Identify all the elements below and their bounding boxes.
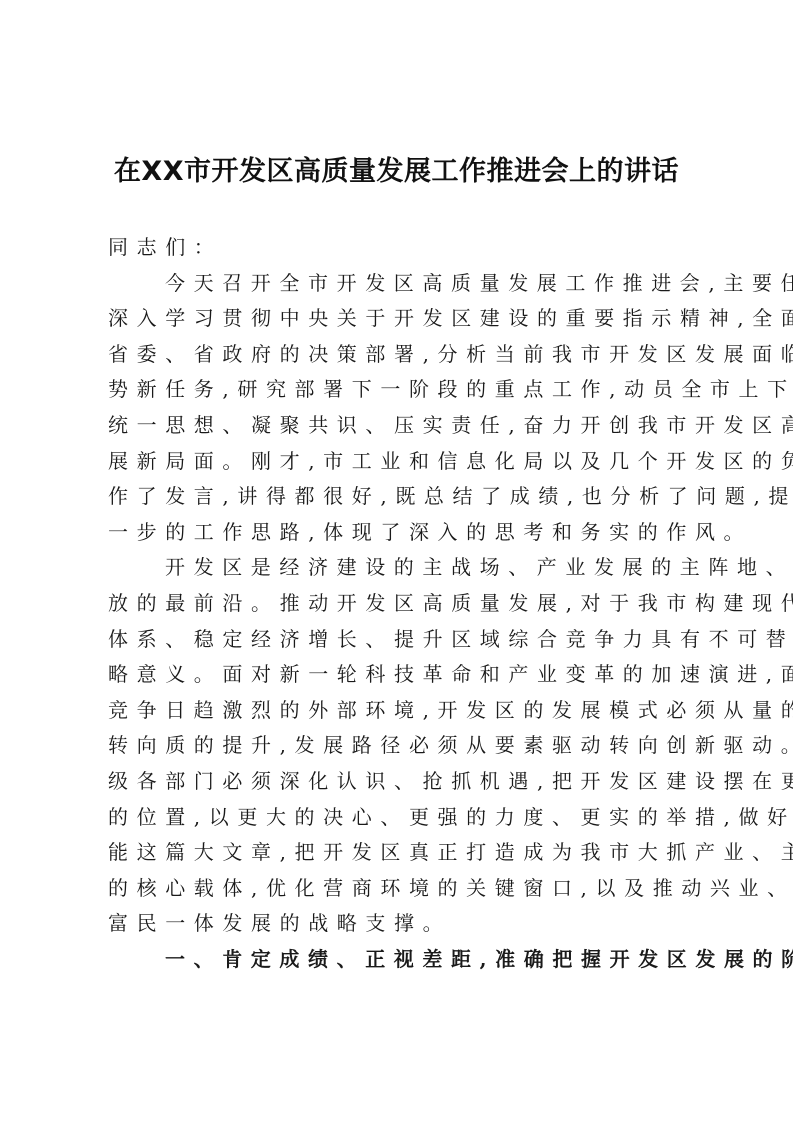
document-body: 同志们： 今天召开全市开发区高质量发展工作推进会,主要任务是 深入学习贯彻中央关… <box>108 230 688 977</box>
paragraph-2-line-1: 开发区是经济建设的主战场、产业发展的主阵地、改革开 <box>108 550 688 586</box>
paragraph-2-line-8: 的位置,以更大的决心、更强的力度、更实的举措,做好改革赋 <box>108 800 688 836</box>
paragraph-2-line-2: 放的最前沿。推动开发区高质量发展,对于我市构建现代化产业 <box>108 586 688 622</box>
paragraph-2-line-9: 能这篇大文章,把开发区真正打造成为我市大抓产业、主攻工业 <box>108 835 688 871</box>
paragraph-2-line-3: 体系、稳定经济增长、提升区域综合竞争力具有不可替代的战 <box>108 622 688 658</box>
paragraph-2-line-5: 竞争日趋激烈的外部环境,开发区的发展模式必须从量的扩张 <box>108 693 688 729</box>
paragraph-2-line-10: 的核心载体,优化营商环境的关键窗口,以及推动兴业、强县、 <box>108 871 688 907</box>
paragraph-1-line-7: 作了发言,讲得都很好,既总结了成绩,也分析了问题,提出了下 <box>108 479 688 515</box>
paragraph-1-line-3: 省委、省政府的决策部署,分析当前我市开发区发展面临的新形 <box>108 337 688 373</box>
document-title: 在XX市开发区高质量发展工作推进会上的讲话 <box>0 154 793 190</box>
paragraph-1-line-4: 势新任务,研究部署下一阶段的重点工作,动员全市上下进一步 <box>108 372 688 408</box>
paragraph-1-line-1: 今天召开全市开发区高质量发展工作推进会,主要任务是 <box>108 266 688 302</box>
document-page: 在XX市开发区高质量发展工作推进会上的讲话 同志们： 今天召开全市开发区高质量发… <box>0 0 793 1122</box>
paragraph-1-line-8: 一步的工作思路,体现了深入的思考和务实的作风。 <box>108 515 688 551</box>
paragraph-2-line-7: 级各部门必须深化认识、抢抓机遇,把开发区建设摆在更加突出 <box>108 764 688 800</box>
paragraph-2-line-11: 富民一体发展的战略支撑。 <box>108 906 688 942</box>
paragraph-1-line-6: 展新局面。刚才,市工业和信息化局以及几个开发区的负责同志 <box>108 444 688 480</box>
paragraph-2-line-6: 转向质的提升,发展路径必须从要素驱动转向创新驱动。全市各 <box>108 728 688 764</box>
salutation: 同志们： <box>108 230 688 266</box>
section-heading-1: 一、肯定成绩、正视差距,准确把握开发区发展的阶段性特 <box>108 942 688 978</box>
paragraph-1-line-2: 深入学习贯彻中央关于开发区建设的重要指示精神,全面落实 <box>108 301 688 337</box>
paragraph-1-line-5: 统一思想、凝聚共识、压实责任,奋力开创我市开发区高质量发 <box>108 408 688 444</box>
paragraph-2-line-4: 略意义。面对新一轮科技革命和产业变革的加速演进,面对区域 <box>108 657 688 693</box>
